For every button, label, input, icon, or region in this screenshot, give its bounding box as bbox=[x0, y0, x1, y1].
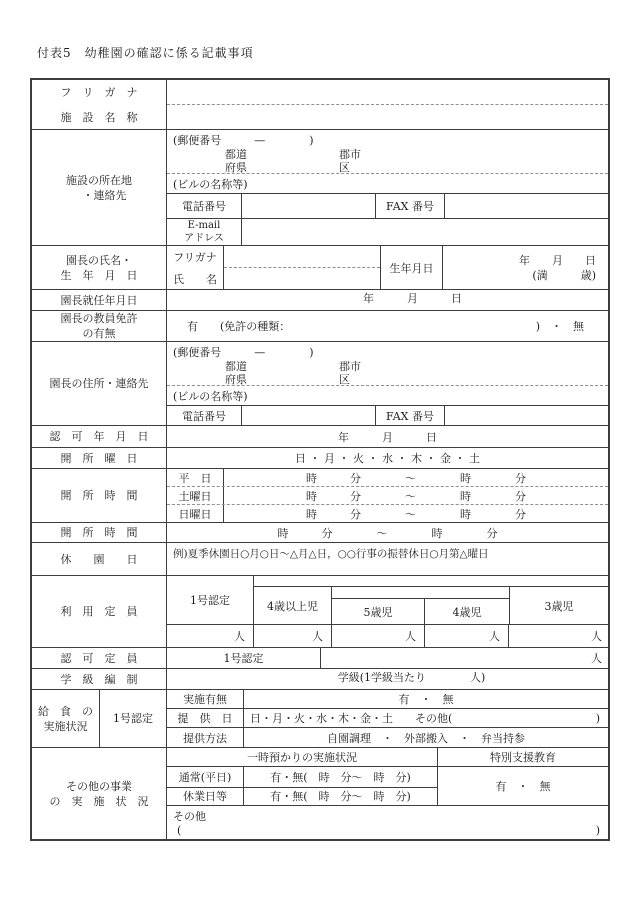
birthdate-value-cell: 年 月 日 (満 歳) bbox=[443, 246, 608, 289]
section-approved-capacity: 認 可 定 員 1号認定 人 bbox=[32, 648, 608, 669]
county-city-label: 郡市 区 bbox=[339, 148, 361, 174]
other-programs-other-cell: その他 ( ) bbox=[167, 806, 608, 839]
temporary-care-header: 一時預かりの実施状況 bbox=[167, 748, 438, 766]
capacity-age-header-box: 4歳以上児 5歳児 4歳児 3歳児 bbox=[254, 586, 608, 624]
director-contact-label: 園長の住所・連絡先 bbox=[32, 342, 167, 425]
meals-label: 給 食 の 実施状況 bbox=[32, 690, 100, 747]
sunday-time-value: 時 分 ～ 時 分 bbox=[224, 505, 608, 522]
age3-header: 3歳児 bbox=[509, 587, 608, 624]
open-hours-sunday-row: 日曜日 時 分 ～ 時 分 bbox=[167, 505, 608, 522]
section-facility-name: フ リ ガ ナ 施 設 名 称 bbox=[32, 80, 608, 130]
temporary-care-rows: 通常(平日) 有・無( 時 分～ 時 分) 休業日等 有・無( 時 分～ 時 分… bbox=[167, 767, 608, 806]
director-phone-value-cell bbox=[242, 406, 376, 425]
other-programs-header-row: 一時預かりの実施状況 特別支援教育 bbox=[167, 748, 608, 767]
meals-days-row: 提 供 日 日・月・火・水・木・金・土 その他( ) bbox=[167, 709, 608, 728]
section-approval-date: 認 可 年 月 日 年 月 日 bbox=[32, 426, 608, 448]
open-hours-label: 開 所 時 間 bbox=[32, 469, 167, 522]
facility-phone-row: 電話番号 FAX 番号 bbox=[167, 194, 608, 219]
director-name-value-cell bbox=[224, 268, 380, 289]
other-paren-close: ) bbox=[596, 824, 600, 837]
director-fax-value-cell bbox=[445, 406, 608, 425]
section-open-hours: 開 所 時 間 平 日 時 分 ～ 時 分 土曜日 時 分 ～ 時 分 日曜日 … bbox=[32, 469, 608, 523]
meals-availability-row: 実施有無 有 ・ 無 bbox=[167, 690, 608, 709]
meals-method-label: 提供方法 bbox=[167, 728, 244, 747]
saturday-time-value: 時 分 ～ 時 分 bbox=[224, 487, 608, 504]
saturday-label: 土曜日 bbox=[167, 487, 224, 504]
open-hours-single-label: 開 所 時 間 bbox=[32, 523, 167, 542]
section-closed-days: 休 園 日 例)夏季休園日○月○日～△月△日，○○行事の振替休日○月第△曜日 bbox=[32, 543, 608, 576]
special-support-header: 特別支援教育 bbox=[438, 748, 608, 766]
open-days-value: 日 ・ 月 ・ 火 ・ 水 ・ 木 ・ 金 ・ 土 bbox=[167, 448, 608, 468]
section-meals: 給 食 の 実施状況 1号認定 実施有無 有 ・ 無 提 供 日 日・月・火・水… bbox=[32, 690, 608, 748]
building-name-cell: (ビルの名称等) bbox=[167, 174, 608, 194]
director-name-label: 園長の氏名・ 生 年 月 日 bbox=[32, 246, 167, 289]
approved-cert1-header: 1号認定 bbox=[167, 648, 321, 668]
temporary-care-weekday-label: 通常(平日) bbox=[167, 767, 244, 787]
other-paren-open: ( bbox=[173, 824, 181, 837]
director-postal-code-label: (郵便番号 — ) bbox=[173, 344, 608, 360]
approved-capacity-label: 認 可 定 員 bbox=[32, 648, 167, 668]
section-class-organization: 学 級 編 制 学級(1学級当たり 人) bbox=[32, 669, 608, 690]
phone-label: 電話番号 bbox=[167, 194, 242, 218]
meals-days-label: 提 供 日 bbox=[167, 709, 244, 727]
capacity-age5-unit: 人 bbox=[332, 625, 425, 647]
fax-label: FAX 番号 bbox=[376, 194, 445, 218]
capacity-age3-unit: 人 bbox=[509, 625, 608, 647]
section-open-days: 開 所 曜 日 日 ・ 月 ・ 火 ・ 水 ・ 木 ・ 金 ・ 土 bbox=[32, 448, 608, 469]
teacher-license-label: 園長の教員免許 の有無 bbox=[32, 311, 167, 341]
open-days-label: 開 所 曜 日 bbox=[32, 448, 167, 468]
meals-cert1-header: 1号認定 bbox=[100, 690, 166, 747]
phone-value-cell bbox=[242, 194, 376, 218]
temporary-care-weekday-value: 有・無( 時 分～ 時 分) bbox=[244, 767, 437, 787]
facility-email-row: E-mail アドレス bbox=[167, 219, 608, 245]
meals-availability-value: 有 ・ 無 bbox=[244, 690, 608, 708]
sunday-label: 日曜日 bbox=[167, 505, 224, 522]
meals-days-value: 日・月・火・水・木・金・土 その他( bbox=[250, 710, 452, 726]
section-director-name: 園長の氏名・ 生 年 月 日 フリガナ 氏 名 生年月日 年 月 日 (満 歳) bbox=[32, 246, 608, 290]
section-director-contact: 園長の住所・連絡先 (郵便番号 — ) 都道 府県 郡市 区 (ビルの名称等) … bbox=[32, 342, 608, 426]
director-building-name-cell: (ビルの名称等) bbox=[167, 386, 608, 406]
birthdate-label: 生年月日 bbox=[381, 246, 443, 289]
other-label: その他 bbox=[173, 808, 600, 824]
facility-name-value-cell bbox=[167, 105, 608, 129]
director-phone-label: 電話番号 bbox=[167, 406, 242, 425]
director-postal-address-cell: (郵便番号 — ) 都道 府県 郡市 区 bbox=[167, 342, 608, 386]
approved-capacity-unit: 人 bbox=[321, 648, 608, 668]
fax-value-cell bbox=[445, 194, 608, 218]
director-shimei-label: 氏 名 bbox=[167, 268, 223, 289]
closed-days-label: 休 園 日 bbox=[32, 543, 167, 575]
kindergarten-form-table: フ リ ガ ナ 施 設 名 称 施設の所在地 ・連絡先 (郵便番号 — ) 都道… bbox=[30, 78, 610, 841]
director-prefecture-label: 都道 府県 bbox=[225, 360, 247, 386]
temporary-care-holiday-row: 休業日等 有・無( 時 分～ 時 分) bbox=[167, 788, 437, 805]
director-furigana-label: フリガナ bbox=[167, 246, 223, 268]
capacity-age4plus-unit: 人 bbox=[254, 625, 332, 647]
license-no-label: ) ・ 無 bbox=[536, 318, 584, 334]
class-organization-label: 学 級 編 制 bbox=[32, 669, 167, 689]
temporary-care-weekday-row: 通常(平日) 有・無( 時 分～ 時 分) bbox=[167, 767, 437, 788]
director-phone-row: 電話番号 FAX 番号 bbox=[167, 406, 608, 425]
section-usage-capacity: 利 用 定 員 1号認定 4歳以上児 5歳児 4歳児 3歳児 人 人 人 人 bbox=[32, 576, 608, 648]
open-hours-saturday-row: 土曜日 時 分 ～ 時 分 bbox=[167, 487, 608, 505]
open-hours-weekday-row: 平 日 時 分 ～ 時 分 bbox=[167, 469, 608, 487]
section-appointment-date: 園長就任年月日 年 月 日 bbox=[32, 290, 608, 311]
facility-contact-label: 施設の所在地 ・連絡先 bbox=[32, 130, 167, 245]
postal-code-label: (郵便番号 — ) bbox=[173, 132, 608, 148]
teacher-license-value: 有 (免許の種類： ) ・ 無 bbox=[167, 311, 608, 341]
meals-availability-label: 実施有無 bbox=[167, 690, 244, 708]
capacity-age4-unit: 人 bbox=[425, 625, 509, 647]
usage-capacity-label: 利 用 定 員 bbox=[32, 576, 167, 647]
weekday-label: 平 日 bbox=[167, 469, 224, 486]
email-value-cell bbox=[242, 219, 608, 245]
meals-method-row: 提供方法 自園調理 ・ 外部搬入 ・ 弁当持参 bbox=[167, 728, 608, 747]
email-label: E-mail アドレス bbox=[167, 219, 242, 245]
age4-header: 4歳児 bbox=[425, 599, 509, 624]
prefecture-label: 都道 府県 bbox=[225, 148, 247, 174]
section-facility-contact: 施設の所在地 ・連絡先 (郵便番号 — ) 都道 府県 郡市 区 (ビルの名称等… bbox=[32, 130, 608, 246]
license-yes-label: 有 (免許の種類： bbox=[187, 318, 290, 334]
page-title: 付表5 幼稚園の確認に係る記載事項 bbox=[37, 44, 254, 61]
meals-days-paren-close: ) bbox=[596, 712, 600, 725]
meals-method-value: 自園調理 ・ 外部搬入 ・ 弁当持参 bbox=[244, 728, 608, 747]
open-hours-single-value: 時 分 ～ 時 分 bbox=[167, 523, 608, 542]
appointment-date-label: 園長就任年月日 bbox=[32, 290, 167, 310]
weekday-time-value: 時 分 ～ 時 分 bbox=[224, 469, 608, 486]
capacity-cert1-header: 1号認定 bbox=[167, 576, 254, 624]
closed-days-example: 例)夏季休園日○月○日～△月△日，○○行事の振替休日○月第△曜日 bbox=[167, 543, 608, 575]
capacity-cert1-unit: 人 bbox=[167, 625, 254, 647]
temporary-care-holiday-value: 有・無( 時 分～ 時 分) bbox=[244, 788, 437, 805]
appointment-date-value: 年 月 日 bbox=[167, 290, 608, 310]
director-fax-label: FAX 番号 bbox=[376, 406, 445, 425]
section-teacher-license: 園長の教員免許 の有無 有 (免許の種類： ) ・ 無 bbox=[32, 311, 608, 342]
approval-date-value: 年 月 日 bbox=[167, 426, 608, 447]
facility-postal-address-cell: (郵便番号 — ) 都道 府県 郡市 区 bbox=[167, 130, 608, 174]
capacity-units-row: 人 人 人 人 人 bbox=[167, 624, 608, 647]
other-programs-label: その他の事業 の 実 施 状 況 bbox=[32, 748, 167, 839]
class-organization-value: 学級(1学級当たり 人) bbox=[167, 669, 608, 689]
facility-name-label: フ リ ガ ナ 施 設 名 称 bbox=[32, 80, 167, 129]
age-subheader-strip bbox=[332, 587, 509, 599]
section-open-hours-single: 開 所 時 間 時 分 ～ 時 分 bbox=[32, 523, 608, 543]
facility-furigana-value-cell bbox=[167, 80, 608, 105]
section-other-programs: その他の事業 の 実 施 状 況 一時預かりの実施状況 特別支援教育 通常(平日… bbox=[32, 748, 608, 839]
approval-date-label: 認 可 年 月 日 bbox=[32, 426, 167, 447]
age4plus-header: 4歳以上児 bbox=[254, 587, 332, 624]
special-support-value: 有 ・ 無 bbox=[438, 767, 608, 805]
director-county-city-label: 郡市 区 bbox=[339, 360, 361, 386]
temporary-care-holiday-label: 休業日等 bbox=[167, 788, 244, 805]
director-furigana-value-cell bbox=[224, 246, 380, 268]
age5-header: 5歳児 bbox=[332, 599, 425, 624]
